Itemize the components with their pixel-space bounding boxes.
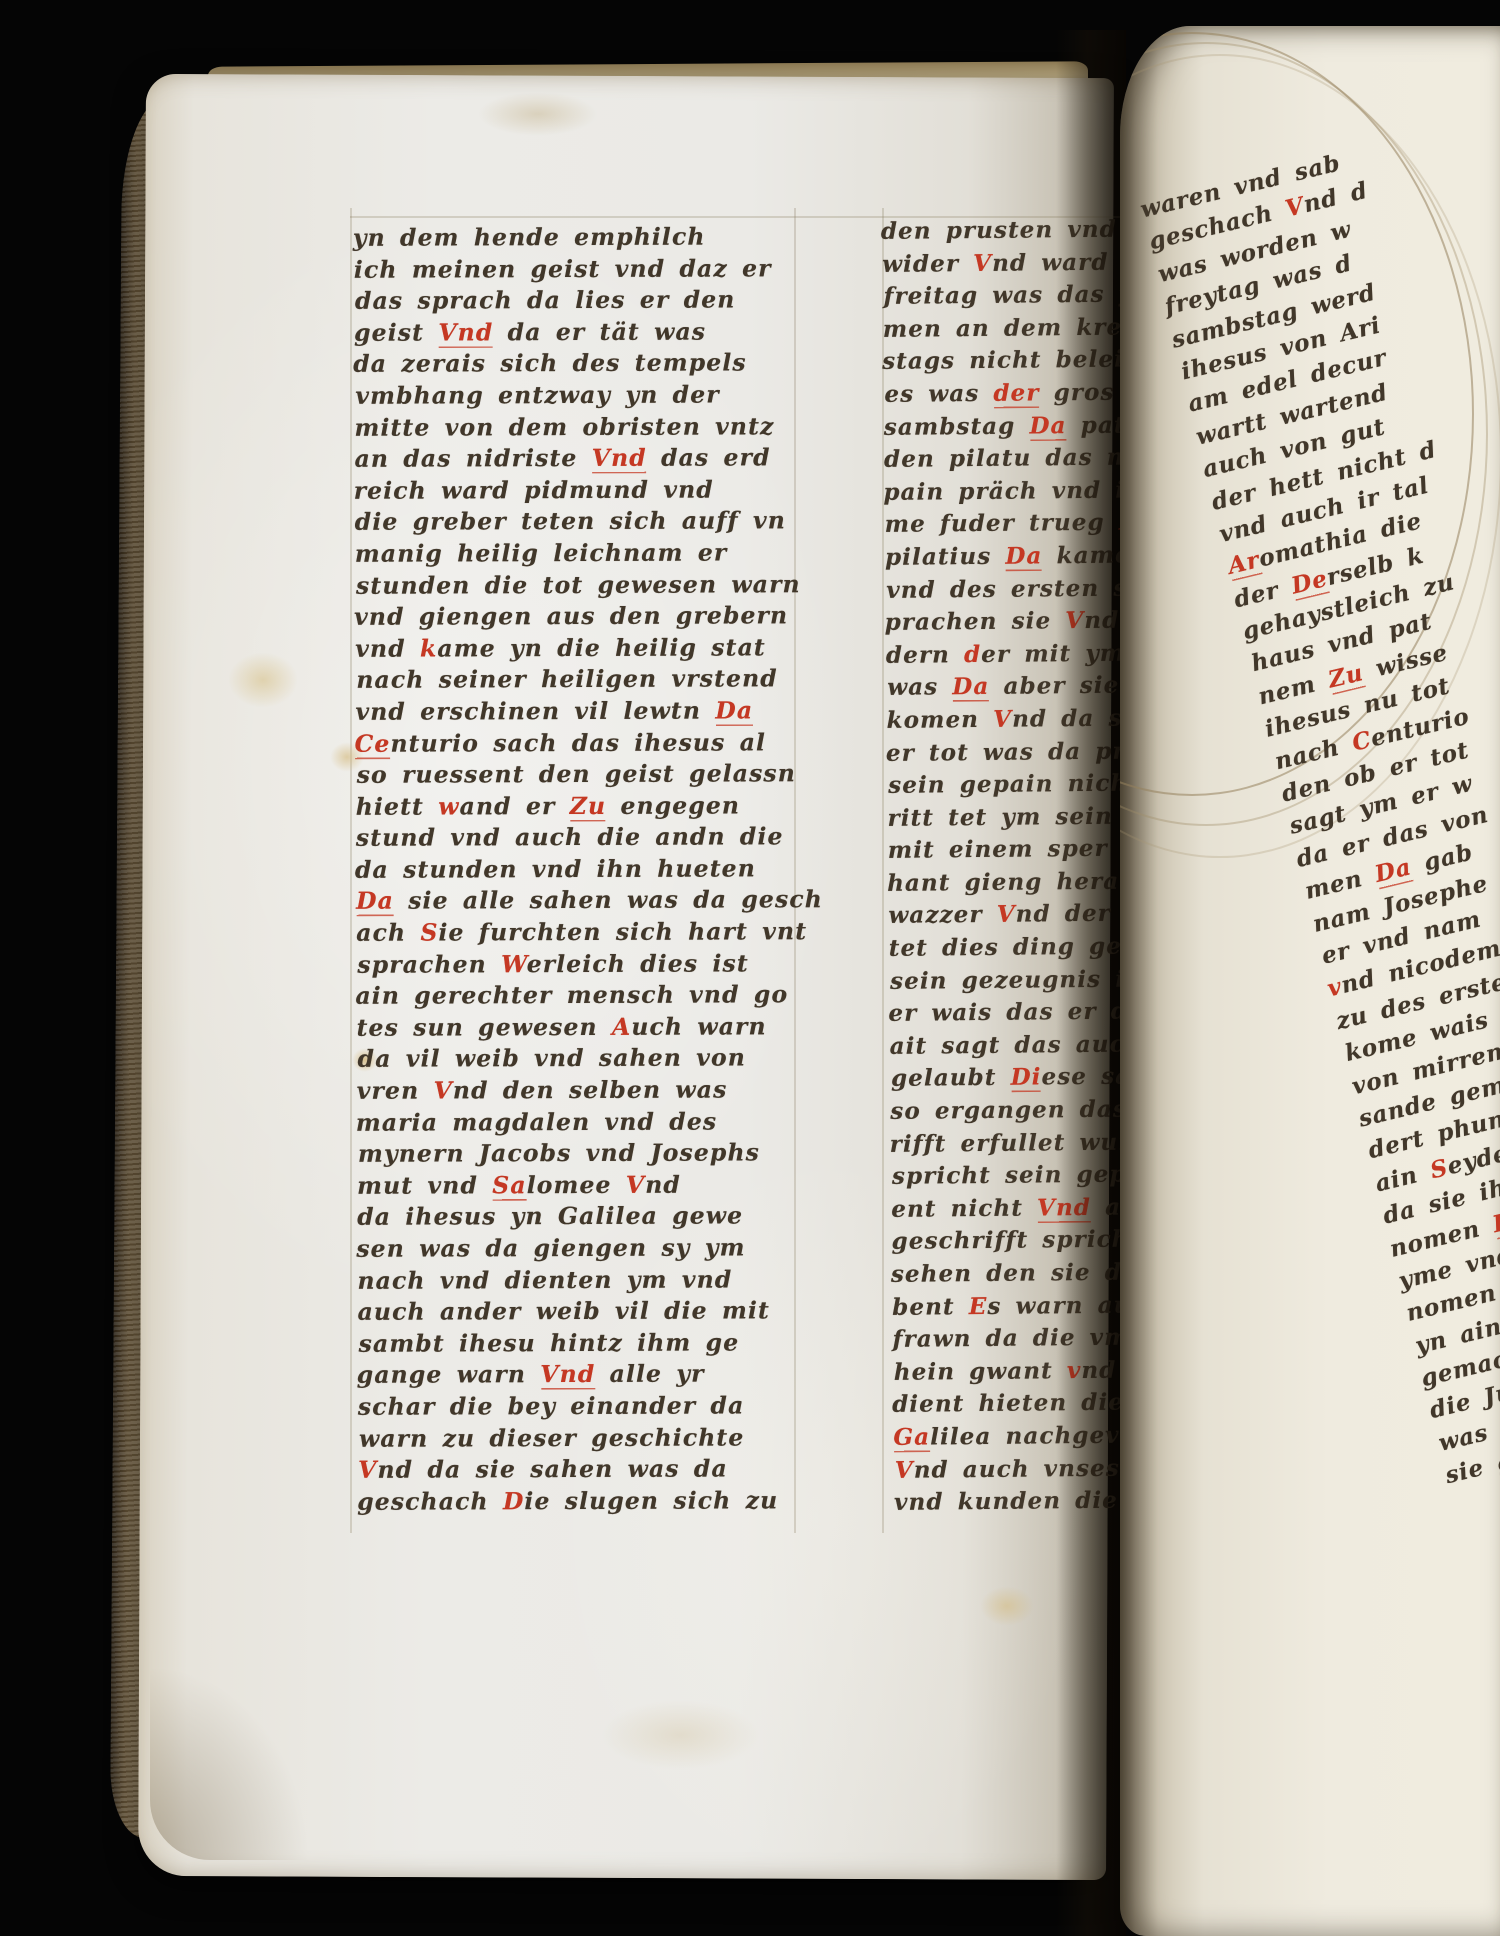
rubricated-text: w xyxy=(438,792,459,820)
text-line: vnd giengen aus den grebern xyxy=(354,600,790,633)
ink-text: da er tät was xyxy=(493,317,706,346)
text-line: nach seiner heiligen vrstend xyxy=(356,664,792,697)
ink-text: vnd erschinen vil lewtn xyxy=(355,696,715,725)
ink-text: mynern Jacobs vnd Josephs xyxy=(358,1139,760,1168)
rubricated-text: Vnd xyxy=(540,1360,595,1388)
ink-text: da ihesus yn Galilea gewe xyxy=(357,1202,743,1231)
rubricated-text: A xyxy=(612,1013,631,1041)
ink-text: sprachen xyxy=(357,950,501,979)
ink-text: ent nicht xyxy=(891,1194,1037,1222)
ink-text: nd xyxy=(645,1170,681,1198)
ink-text: ain gerechter mensch vnd go xyxy=(355,981,788,1011)
ink-text: wider xyxy=(882,250,973,278)
text-line: sprachen Werleich dies ist xyxy=(357,948,793,981)
ink-text: and er xyxy=(460,792,570,820)
ink-text: vren xyxy=(357,1077,434,1105)
ink-text: schar die bey einander da xyxy=(358,1391,745,1420)
text-line: auch ander weib vil die mit xyxy=(357,1295,793,1328)
text-line: Centurio sach das ihesus al xyxy=(355,727,791,760)
ink-text: nach seiner heiligen vrstend xyxy=(356,665,778,694)
ink-text: wazzer xyxy=(888,901,997,929)
text-line: sambt ihesu hintz ihm ge xyxy=(359,1327,795,1360)
rubricated-text: V xyxy=(895,1456,914,1483)
ink-text: was xyxy=(887,674,952,702)
ink-text: sambstag xyxy=(884,412,1030,440)
ink-text: nach vnd dienten ym vnd xyxy=(357,1265,732,1294)
text-line: vren Vnd den selben was xyxy=(357,1074,793,1107)
ink-text: geschach xyxy=(357,1487,503,1516)
ink-text: yn dem hende emphilch xyxy=(353,223,706,252)
rubricated-text: Di xyxy=(1010,1064,1041,1091)
ruling-line xyxy=(350,208,352,1533)
ink-text: engegen xyxy=(606,791,740,819)
ink-text: ie slugen sich zu xyxy=(524,1486,778,1515)
rubricated-text: d xyxy=(964,641,981,668)
text-line: maria magdalen vnd des xyxy=(356,1106,792,1139)
ink-text: ich meinen geist vnd daz er xyxy=(354,254,772,283)
ink-text: pilatius xyxy=(885,543,1006,571)
rubricated-text: V xyxy=(358,1456,377,1484)
ink-text: tes sun gewesen xyxy=(357,1013,613,1042)
ink-text: hiett xyxy=(356,792,439,820)
ink-text: das erd xyxy=(647,443,771,471)
ink-text: lomee xyxy=(527,1171,626,1199)
ink-text: mitte von dem obristen vntz xyxy=(354,412,774,441)
text-line: stund vnd auch die andn die xyxy=(356,822,792,855)
rubricated-text: V xyxy=(973,249,992,276)
ink-text: dern xyxy=(886,641,964,669)
manuscript-photo: { "document": { "kind": "medieval manusc… xyxy=(0,0,1500,1936)
text-line: vnd kame yn die heilig stat xyxy=(355,632,791,665)
text-line: ain gerechter mensch vnd go xyxy=(355,979,791,1012)
ink-text: vnd giengen aus den grebern xyxy=(354,601,788,631)
ink-text: stund vnd auch die andn die xyxy=(356,823,784,852)
text-line: vmbhang entzway yn der xyxy=(355,379,791,412)
rubricated-text: D xyxy=(503,1487,525,1515)
text-line: nach vnd dienten ym vnd xyxy=(357,1264,793,1297)
text-line: stunden die tot gewesen warn xyxy=(356,569,792,602)
rubricated-text: E xyxy=(969,1293,988,1320)
ink-text: mut vnd xyxy=(357,1171,492,1199)
text-line: ich meinen geist vnd daz er xyxy=(354,253,790,286)
rubricated-text: W xyxy=(501,950,527,978)
text-line: da vil weib vnd sahen von xyxy=(358,1043,794,1076)
ink-text: uch warn xyxy=(631,1012,766,1040)
rubricated-text: V xyxy=(433,1076,452,1104)
text-line: yn dem hende emphilch xyxy=(353,221,789,254)
ink-text: die greber teten sich auff vn xyxy=(355,507,786,537)
ink-text: gelaubt xyxy=(891,1064,1011,1092)
ink-text: vmbhang entzway yn der xyxy=(355,380,719,409)
rubricated-text: Da xyxy=(356,887,394,915)
text-line: schar die bey einander da xyxy=(358,1390,794,1423)
gutter-shadow xyxy=(1056,30,1126,1936)
rubricated-text: der xyxy=(993,379,1039,406)
facing-page-edge: waren vnd sabgeschach Vnd dwas worden wf… xyxy=(1120,26,1500,1936)
ink-text: da stunden vnd ihn hueten xyxy=(355,854,756,883)
text-column-left: yn dem hende emphilchich meinen geist vn… xyxy=(354,221,795,1518)
rubricated-text: Da xyxy=(1005,542,1042,569)
ink-text: ame yn die heilig stat xyxy=(437,633,766,662)
ink-text: so ruessent den geist gelassn xyxy=(357,759,796,789)
ink-text: geist xyxy=(354,318,438,346)
text-line: warn zu dieser geschichte xyxy=(359,1422,795,1455)
ink-text: an das nidriste xyxy=(355,444,592,473)
ink-text: da zerais sich des tempels xyxy=(353,349,747,378)
rubricated-text: V xyxy=(626,1171,645,1199)
ink-text: reich ward pidmund vnd xyxy=(354,475,714,504)
ink-text: ie furchten sich hart vnt xyxy=(438,917,807,946)
rubricated-text: Da xyxy=(715,696,753,724)
text-line: manig heilig leichnam er xyxy=(355,537,791,570)
rubricated-text: Ga xyxy=(893,1423,930,1450)
text-line: da ihesus yn Galilea gewe xyxy=(357,1201,793,1234)
ink-text: erleich dies ist xyxy=(527,949,749,978)
ink-text: sen was da giengen sy ym xyxy=(356,1233,745,1262)
ink-text: nturio sach das ihesus al xyxy=(390,728,766,757)
ink-text: prachen sie xyxy=(885,607,1066,636)
ink-text: es was xyxy=(884,380,993,408)
text-line: mynern Jacobs vnd Josephs xyxy=(358,1137,794,1170)
text-line: vnd erschinen vil lewtn Da xyxy=(355,695,791,728)
ink-text: das sprach da lies er den xyxy=(355,286,736,315)
ink-text: vnd xyxy=(355,634,420,662)
text-line: geschach Die slugen sich zu xyxy=(357,1485,793,1518)
ink-text: maria magdalen vnd des xyxy=(356,1107,717,1136)
rubricated-text: Vnd xyxy=(592,444,647,472)
text-line: mitte von dem obristen vntz xyxy=(354,411,790,444)
ink-text: auch ander weib vil die mit xyxy=(357,1297,770,1326)
text-line: ach Sie furchten sich hart vnt xyxy=(356,916,792,949)
ink-text: komen xyxy=(886,706,993,734)
ink-text: gange warn xyxy=(357,1360,541,1389)
rubricated-text: k xyxy=(420,634,437,662)
text-line: reich ward pidmund vnd xyxy=(354,474,790,507)
text-line: tes sun gewesen Auch warn xyxy=(356,1011,792,1044)
rubricated-text: Ce xyxy=(355,729,391,757)
text-line: das sprach da lies er den xyxy=(355,284,791,317)
ink-text: da vil weib vnd sahen von xyxy=(358,1044,746,1073)
text-line: die greber teten sich auff vn xyxy=(355,506,791,539)
ink-text: hein gwant xyxy=(894,1357,1067,1386)
rubricated-text: Da xyxy=(952,673,989,700)
text-column-facing: waren vnd sabgeschach Vnd dwas worden wf… xyxy=(1138,45,1500,1493)
rubricated-text: Vnd xyxy=(438,318,493,346)
text-line: Vnd da sie sahen was da xyxy=(358,1453,794,1486)
text-line: an das nidriste Vnd das erd xyxy=(355,442,791,475)
text-line: Da sie alle sahen was da gesch xyxy=(356,885,792,918)
rubricated-text: V xyxy=(997,901,1016,928)
text-line: so ruessent den geist gelassn xyxy=(357,758,793,791)
rubricated-text: Sa xyxy=(492,1171,527,1199)
ink-text: sie alle sahen was da gesch xyxy=(394,886,823,915)
ink-text: nd den selben was xyxy=(453,1075,728,1104)
ink-text: sambt ihesu hintz ihm ge xyxy=(359,1328,740,1357)
text-line: hiett wand er Zu engegen xyxy=(356,790,792,823)
text-line: geist Vnd da er tät was xyxy=(354,316,790,349)
ink-text: manig heilig leichnam er xyxy=(355,538,728,567)
text-line: gange warn Vnd alle yr xyxy=(357,1359,793,1392)
text-line: mut vnd Salomee Vnd xyxy=(357,1169,793,1202)
text-line: da stunden vnd ihn hueten xyxy=(355,853,791,886)
ink-text: bent xyxy=(892,1293,969,1321)
ink-text: alle yr xyxy=(595,1360,704,1388)
ink-text: ach xyxy=(356,919,420,947)
rubricated-text: S xyxy=(420,919,438,947)
rubricated-text: V xyxy=(993,706,1012,733)
ink-text: nd da sie sahen was da xyxy=(377,1455,727,1484)
ink-text: warn zu dieser geschichte xyxy=(359,1423,745,1452)
ink-text: stunden die tot gewesen warn xyxy=(356,570,801,600)
text-line: da zerais sich des tempels xyxy=(353,348,789,381)
text-line: sen was da giengen sy ym xyxy=(356,1232,792,1265)
rubricated-text: Zu xyxy=(570,792,607,820)
